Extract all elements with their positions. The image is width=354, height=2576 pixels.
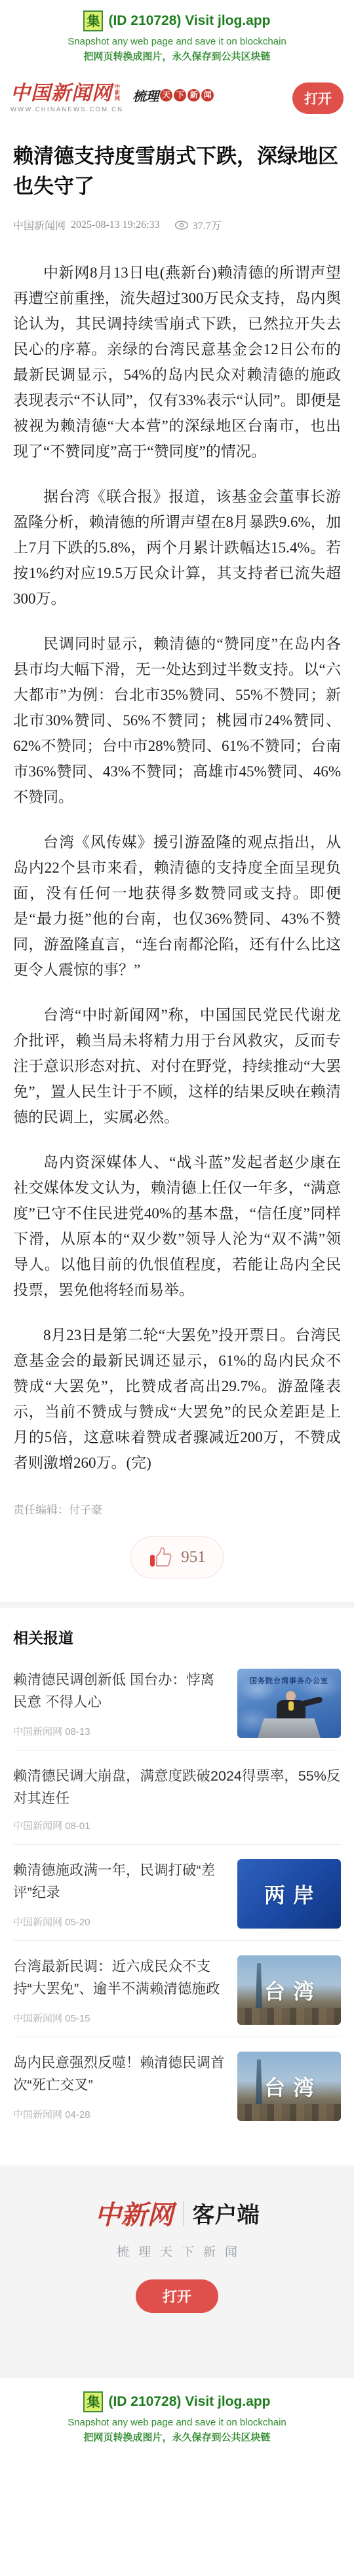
related-thumbnail-liangan[interactable]: 两岸	[237, 1859, 341, 1929]
related-title[interactable]: 赖清德民调大崩盘，满意度跌破2024得票率，55%反对其连任	[13, 1765, 341, 1809]
editor-credit: 责任编辑：付子豪	[13, 1500, 341, 1517]
open-app-button[interactable]: 打开	[292, 82, 344, 114]
promo-subtitle-zh: 把网页转换成图片，永久保存到公共区块链	[0, 2430, 354, 2444]
thumbnail-label: 两岸	[256, 1879, 322, 1909]
tagline-char: 新	[187, 89, 200, 101]
article-paragraph: 岛内资深媒体人、“战斗蓝”发起者赵少康在社交媒体发文认为，赖清德上任仅一年多，“…	[13, 1150, 341, 1303]
footer-tagline: 梳理天下新闻	[0, 2242, 354, 2260]
related-header: 相关报道	[13, 1626, 341, 1648]
article-datetime: 2025-08-13 19:26:33	[71, 219, 160, 231]
related-source: 中国新闻网 08-01	[13, 1809, 341, 1832]
related-item[interactable]: 台湾最新民调：近六成民众不支持“大罢免”、逾半不满赖清德施政 中国新闻网 05-…	[13, 1940, 341, 2037]
related-item[interactable]: 岛内民意强烈反噬！赖清德民调首次“死亡交叉” 中国新闻网 04-28 台湾	[13, 2037, 341, 2133]
related-title[interactable]: 赖清德施政满一年，民调打破“差评”纪录	[13, 1859, 227, 1904]
jlog-badge-icon: 集	[83, 10, 103, 31]
top-promo-banner: 集 (ID 210728) Visit jlog.app Snapshot an…	[0, 0, 354, 72]
article-paragraph: 中新网8月13日电(燕新台)赖清德的所谓声望再遭空前重挫，流失超过300万民众支…	[13, 260, 341, 464]
related-title[interactable]: 赖清德民调创新低 国台办：悖离民意 不得人心	[13, 1669, 227, 1713]
related-source: 中国新闻网 08-13	[13, 1715, 227, 1738]
promo-title[interactable]: (ID 210728) Visit jlog.app	[108, 2394, 270, 2410]
site-domain: WWW.CHINANEWS.COM.CN	[10, 106, 123, 113]
tagline-char: 下	[174, 89, 186, 101]
related-title[interactable]: 台湾最新民调：近六成民众不支持“大罢免”、逾半不满赖清德施政	[13, 1955, 227, 2000]
promo-title[interactable]: (ID 210728) Visit jlog.app	[108, 13, 270, 29]
site-logo[interactable]: 中国新闻网 中新网 WWW.CHINANEWS.COM.CN	[10, 84, 123, 113]
thumbnail-label: 台湾	[256, 1975, 322, 2005]
thumbnail-label: 台湾	[256, 2071, 322, 2101]
section-divider	[0, 1602, 354, 1608]
article-body: 中新网8月13日电(燕新台)赖清德的所谓声望再遭空前重挫，流失超过300万民众支…	[13, 260, 341, 1476]
article-paragraph: 台湾《风传媒》援引游盈隆的观点指出，从岛内22个县市来看，赖清德的支持度全面呈现…	[13, 829, 341, 983]
footer-open-app-button[interactable]: 打开	[136, 2279, 218, 2313]
promo-subtitle-en: Snapshot any web page and save it on blo…	[0, 2417, 354, 2428]
footer-logo-text: 中新网	[95, 2194, 174, 2232]
tagline-char: 天	[160, 89, 172, 101]
tagline-prefix: 梳理	[132, 86, 159, 105]
app-footer: 中新网 客户端 梳理天下新闻 打开	[0, 2166, 354, 2378]
related-thumbnail-taiwan-affairs-office[interactable]: 国务院台湾事务办公室	[237, 1669, 341, 1738]
article-paragraph: 台湾“中时新闻网”称，中国国民党民代谢龙介批评，赖当局未将精力用于台风救灾，反而…	[13, 1002, 341, 1130]
article: 赖清德支持度雪崩式下跌，深绿地区也失守了 中国新闻网 2025-08-13 19…	[0, 124, 354, 1517]
related-item[interactable]: 赖清德民调大崩盘，满意度跌破2024得票率，55%反对其连任 中国新闻网 08-…	[13, 1750, 341, 1844]
view-count: 37.7万	[174, 217, 222, 232]
site-logo-side-text: 中新网	[115, 84, 121, 101]
tagline-char: 闻	[201, 89, 214, 101]
article-title: 赖清德支持度雪崩式下跌，深绿地区也失守了	[13, 141, 341, 202]
promo-subtitle-zh: 把网页转换成图片，永久保存到公共区块链	[0, 49, 354, 63]
related-section: 相关报道 赖清德民调创新低 国台办：悖离民意 不得人心 中国新闻网 08-13 …	[0, 1608, 354, 2152]
jlog-badge-icon: 集	[83, 2391, 103, 2412]
related-source: 中国新闻网 05-20	[13, 1906, 227, 1929]
related-source: 中国新闻网 05-15	[13, 2002, 227, 2025]
article-paragraph: 民调同时显示，赖清德的“赞同度”在岛内各县市均大幅下滑，无一处达到过半数支持。以…	[13, 631, 341, 810]
article-paragraph: 据台湾《联合报》报道，该基金会董事长游盈隆分析，赖清德的所谓声望在8月暴跌9.6…	[13, 484, 341, 611]
thumbnail-caption: 国务院台湾事务办公室	[237, 1675, 341, 1686]
article-source: 中国新闻网	[13, 217, 66, 232]
bottom-promo-banner: 集 (ID 210728) Visit jlog.app Snapshot an…	[0, 2378, 354, 2453]
promo-subtitle-en: Snapshot any web page and save it on blo…	[0, 36, 354, 47]
thumbs-up-icon	[148, 1546, 174, 1569]
eye-icon	[174, 221, 189, 230]
related-item[interactable]: 赖清德民调创新低 国台办：悖离民意 不得人心 中国新闻网 08-13 国务院台湾…	[13, 1663, 341, 1750]
related-source: 中国新闻网 04-28	[13, 2098, 227, 2121]
like-count: 951	[181, 1548, 206, 1567]
related-thumbnail-taiwan[interactable]: 台湾	[237, 1955, 341, 2025]
site-logo-text: 中国新闻网	[10, 84, 112, 103]
related-title[interactable]: 岛内民意强烈反噬！赖清德民调首次“死亡交叉”	[13, 2052, 227, 2096]
article-paragraph: 8月23日是第二轮“大罢免”投开票日。台湾民意基金会的最新民调还显示，61%的岛…	[13, 1322, 341, 1476]
related-item[interactable]: 赖清德施政满一年，民调打破“差评”纪录 中国新闻网 05-20 两岸	[13, 1844, 341, 1940]
podium-shape	[258, 1718, 321, 1738]
site-tagline: 梳理 天 下 新 闻	[132, 86, 214, 105]
footer-logo-divider	[183, 2201, 184, 2226]
footer-logo-suffix: 客户端	[193, 2197, 260, 2229]
view-count-value: 37.7万	[193, 217, 222, 232]
article-meta: 中国新闻网 2025-08-13 19:26:33 37.7万	[13, 217, 341, 232]
site-header: 中国新闻网 中新网 WWW.CHINANEWS.COM.CN 梳理 天 下 新 …	[0, 72, 354, 124]
related-thumbnail-taiwan[interactable]: 台湾	[237, 2052, 341, 2121]
like-button[interactable]: 951	[130, 1536, 224, 1578]
footer-logo: 中新网 客户端	[0, 2194, 354, 2232]
